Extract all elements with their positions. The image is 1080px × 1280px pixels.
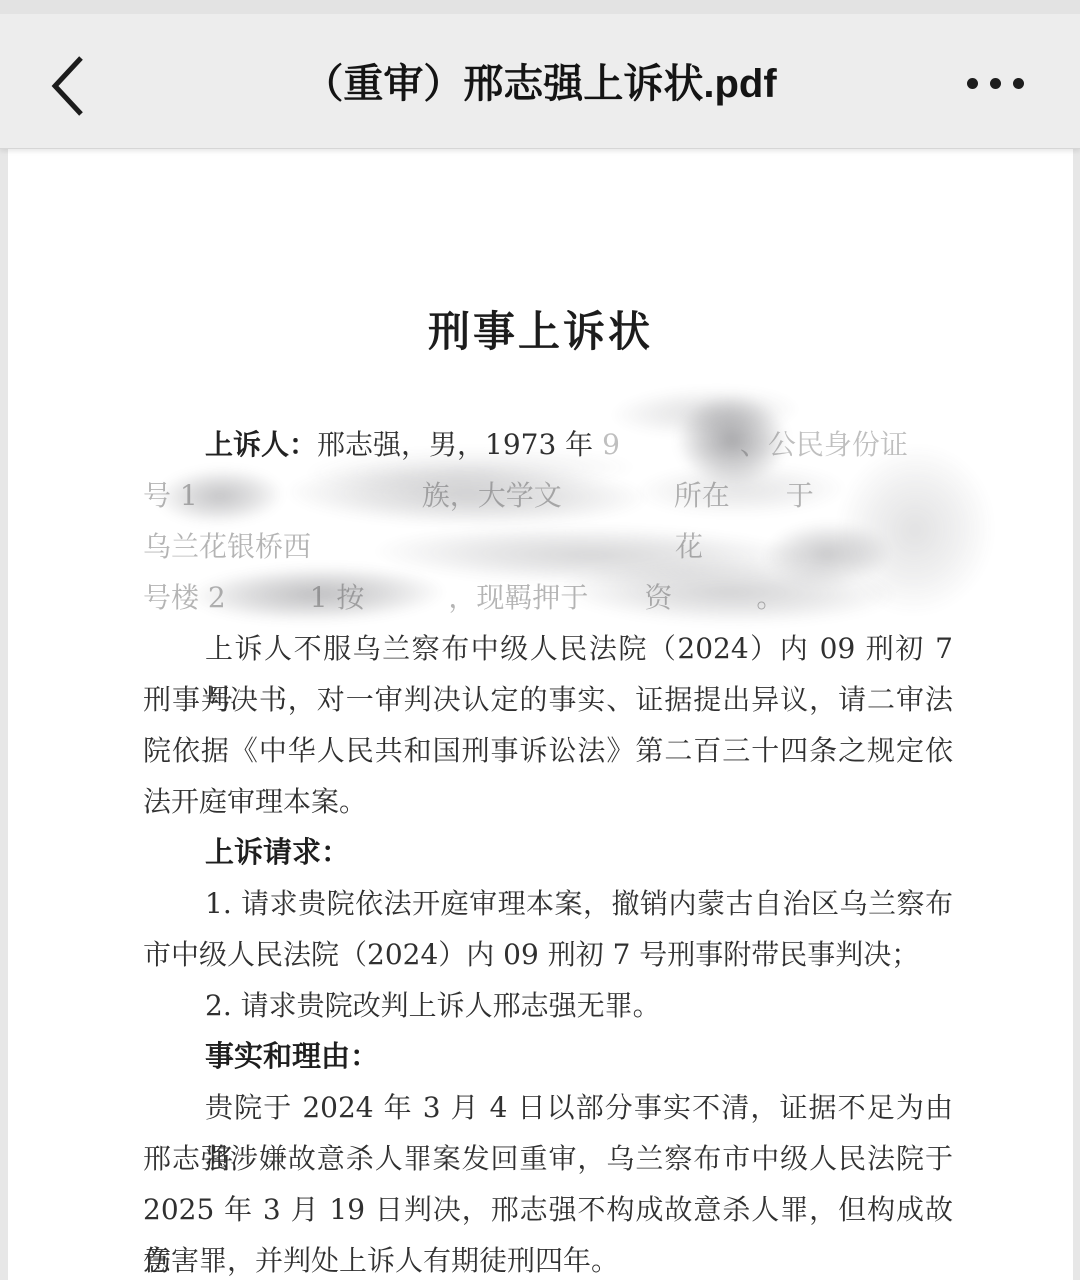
appellant-line-4: 号楼 2 1 按 ，现羁押于 资 。 xyxy=(143,572,953,623)
facts-line: 伤害罪，并判处上诉人有期徒刑四年。 xyxy=(143,1235,953,1280)
appellant-line-3: 乌兰花银桥西 花 xyxy=(143,521,953,572)
appellant-line-1: 上诉人：邢志强，男，1973 年 9、公民身份证 xyxy=(143,419,953,470)
back-button[interactable] xyxy=(32,46,102,126)
appellant-birth-fragment: 9 xyxy=(602,428,620,461)
appellant-line-2: 号 1 族，大学文 所在 于 xyxy=(143,470,953,521)
appellant-label: 上诉人： xyxy=(205,428,317,461)
ellipsis-icon xyxy=(1013,78,1024,89)
request-1-line: 市中级人民法院（2024）内 09 刑初 7 号刑事附带民事判决； xyxy=(143,929,953,980)
pdf-page[interactable]: 刑事上诉状 上诉人：邢志强，男，1973 年 9、公民身份证 号 1 族，大学文… xyxy=(8,148,1073,1280)
appellant-name-info: 邢志强，男，1973 年 xyxy=(317,428,602,461)
document-title: 刑事上诉状 xyxy=(8,306,1073,357)
facts-heading: 事实和理由： xyxy=(143,1031,953,1082)
pdf-viewer-header: （重审）邢志强上诉状.pdf xyxy=(0,0,1080,149)
more-options-button[interactable] xyxy=(950,50,1040,116)
appellant-id-fragment: 、公民身份证 xyxy=(740,428,908,461)
requests-heading: 上诉请求： xyxy=(143,827,953,878)
ellipsis-icon xyxy=(990,78,1001,89)
request-2-line: 2. 请求贵院改判上诉人邢志强无罪。 xyxy=(143,980,953,1031)
appeal-para-line: 刑事判决书，对一审判决认定的事实、证据提出异议，请二审法 xyxy=(143,674,953,725)
document-body: 上诉人：邢志强，男，1973 年 9、公民身份证 号 1 族，大学文 所在 于 … xyxy=(8,419,1073,1280)
facts-line: 贵院于 2024 年 3 月 4 日以部分事实不清，证据不足为由将 xyxy=(143,1082,953,1133)
appeal-para-line: 上诉人不服乌兰察布中级人民法院（2024）内 09 刑初 7 号 xyxy=(143,623,953,674)
request-1-line: 1. 请求贵院依法开庭审理本案，撤销内蒙古自治区乌兰察布 xyxy=(143,878,953,929)
appeal-para-line: 法开庭审理本案。 xyxy=(143,776,953,827)
ellipsis-icon xyxy=(967,78,978,89)
appeal-para-line: 院依据《中华人民共和国刑事诉讼法》第二百三十四条之规定依 xyxy=(143,725,953,776)
facts-line: 邢志强涉嫌故意杀人罪案发回重审，乌兰察布市中级人民法院于 xyxy=(143,1133,953,1184)
facts-line: 2025 年 3 月 19 日判决，邢志强不构成故意杀人罪，但构成故意 xyxy=(143,1184,953,1235)
back-chevron-icon xyxy=(47,54,87,118)
file-title: （重审）邢志强上诉状.pdf xyxy=(120,56,960,112)
